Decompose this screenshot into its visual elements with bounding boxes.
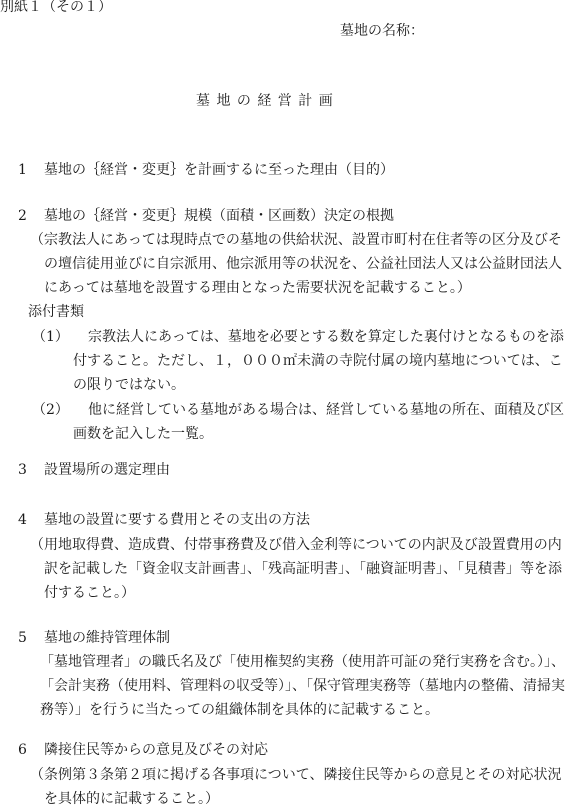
attachment-line: 画数を記入した一覧。 xyxy=(73,425,213,443)
attachment-line: 他に経営している墓地がある場合は、経営している墓地の所在、面積及び区 xyxy=(88,401,564,419)
section-number: 1 xyxy=(18,161,27,179)
attachment-line: 宗教法人にあっては、墓地を必要とする数を算定した裏付けとなるものを添 xyxy=(88,328,564,346)
attachment-line: 付すること。ただし、１，０００㎡未満の寺院付属の境内墓地については、こ xyxy=(73,352,563,370)
section-heading: 墓地の｛経営・変更｝を計画するに至った理由（目的） xyxy=(44,161,394,179)
note-line: 「会計実務（使用料、管理料の収受等）」、「保守管理実務等（墓地内の整備、清掃実 xyxy=(40,677,565,695)
section-heading: 墓地の設置に要する費用とその支出の方法 xyxy=(44,511,310,529)
section-number: 6 xyxy=(18,741,27,759)
note-line: 務等）」を行うに当たっての組織体制を具体的に記載すること。 xyxy=(40,701,439,719)
note-line: （用地取得費、造成費、付帯事務費及び借入金利等についての内訳及び設置費用の内 xyxy=(30,536,562,554)
section-number: 3 xyxy=(18,461,27,479)
attachments-label: 添付書類 xyxy=(28,303,84,321)
section-number: 4 xyxy=(18,511,27,529)
attachment-marker: （1） xyxy=(32,328,69,346)
section-number: 2 xyxy=(18,207,27,225)
section-heading: 墓地の維持管理体制 xyxy=(44,629,170,647)
section-number: 5 xyxy=(18,629,27,647)
page-title: 墓 地 の 経 営 計 画 xyxy=(196,92,334,110)
note-line: （宗教法人にあっては現時点での墓地の供給状況、設置市町村在住者等の区分及びそ xyxy=(30,231,562,249)
attachment-line: の限りではない。 xyxy=(73,376,185,394)
note-line: （条例第３条第２項に掲げる各事項について、隣接住民等からの意見とその対応状況 xyxy=(30,766,561,784)
note-line: にあっては墓地を設置する理由となった需要状況を記載すること。） xyxy=(44,279,471,297)
note-line: を具体的に記載すること。） xyxy=(44,790,219,805)
section-heading: 設置場所の選定理由 xyxy=(44,461,170,479)
note-line: 付すること。） xyxy=(44,584,135,602)
cemetery-name-label: 墓地の名称： xyxy=(340,22,424,40)
attachment-marker: （2） xyxy=(32,401,69,419)
note-line: 訳を記載した「資金収支計画書」、「残高証明書」、「融資証明書」、「見積書」等を添 xyxy=(44,560,562,578)
section-heading: 墓地の｛経営・変更｝規模（面積・区画数）決定の根拠 xyxy=(44,207,394,225)
note-line: の壇信徒用並びに自宗派用、他宗派用等の状況を、公益社団法人又は公益財団法人 xyxy=(44,255,562,273)
note-line: 「墓地管理者」の職氏名及び「使用権契約実務（使用許可証の発行実務を含む。）」、 xyxy=(40,653,565,671)
section-heading: 隣接住民等からの意見及びその対応 xyxy=(44,741,268,759)
attachment-label: 別紙１（その１） xyxy=(0,0,112,16)
